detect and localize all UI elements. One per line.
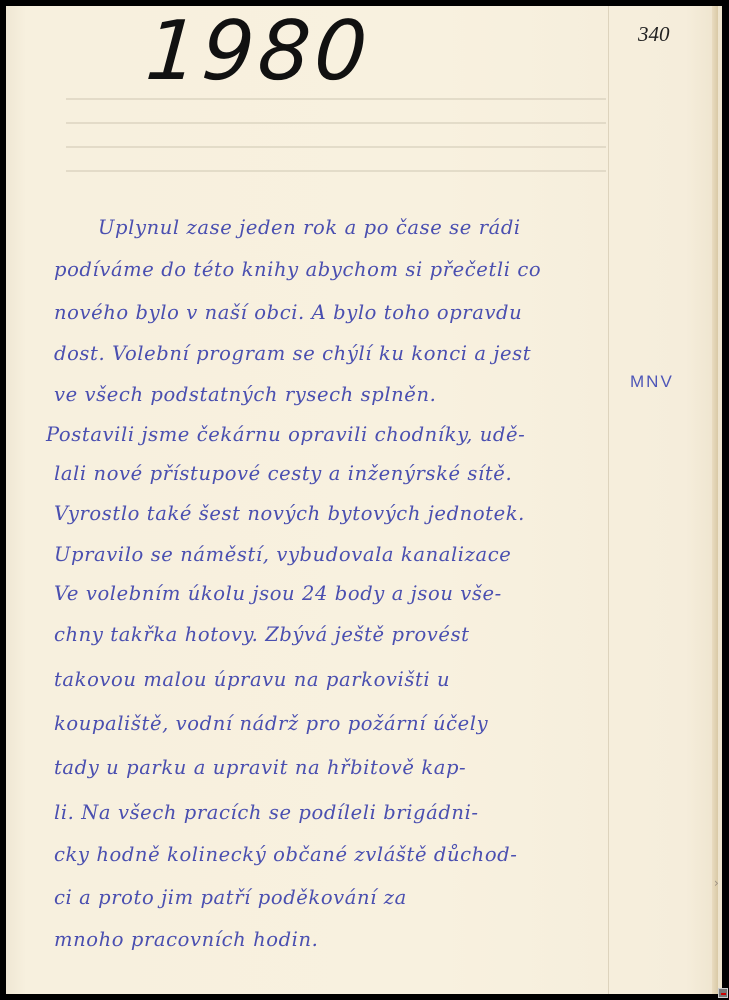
page-edge bbox=[712, 6, 718, 994]
year-heading: 1980 bbox=[143, 4, 374, 99]
margin-note: MNV bbox=[630, 372, 674, 392]
page-number: 340 bbox=[638, 22, 670, 47]
corner-resize-button[interactable] bbox=[718, 988, 728, 998]
faint-bleed-through-lines bbox=[66, 98, 606, 194]
edge-mark-icon: › bbox=[714, 876, 719, 890]
margin-rule bbox=[608, 6, 609, 994]
